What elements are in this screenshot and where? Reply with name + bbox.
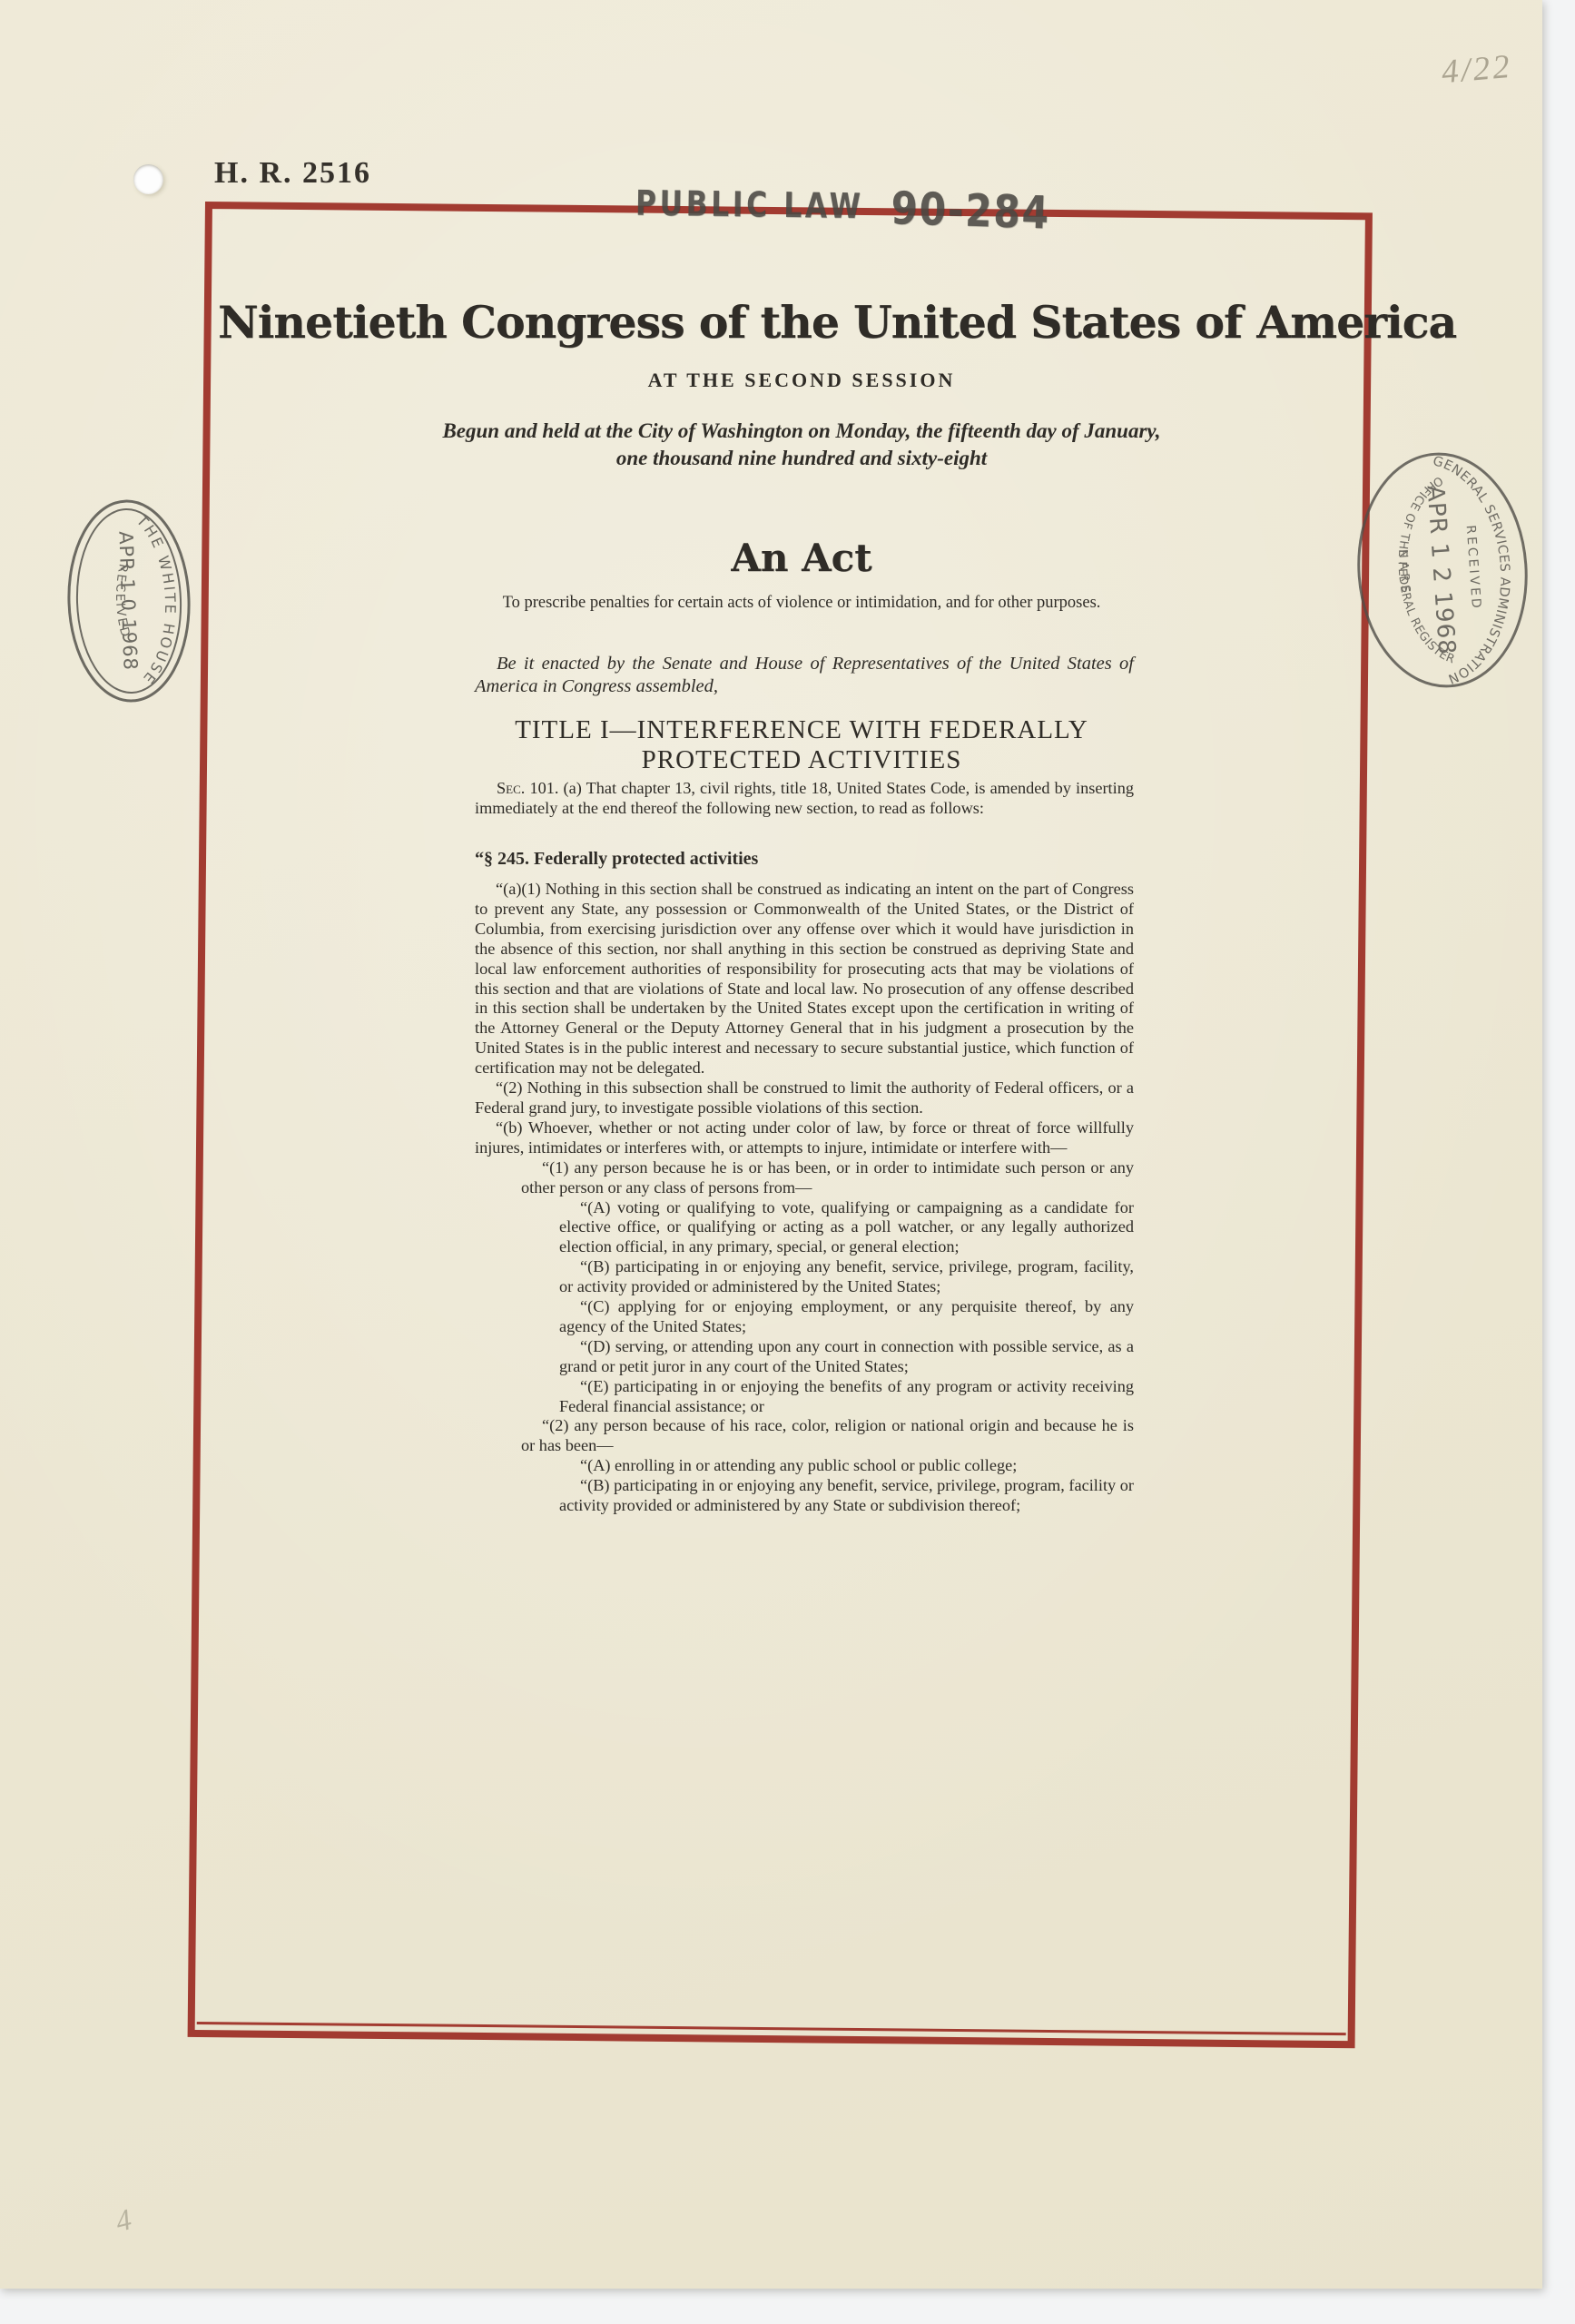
law-paragraph: “(C) applying for or enjoying employment…	[559, 1297, 1134, 1337]
law-paragraph: “(2) Nothing in this subsection shall be…	[475, 1078, 1134, 1118]
law-paragraph: “(b) Whoever, whether or not acting unde…	[475, 1118, 1134, 1158]
sec-101-paragraph: Sec. 101. (a) That chapter 13, civil rig…	[475, 779, 1134, 819]
gsa-received-stamp: GENERAL SERVICES ADMINISTRATION OFFICE O…	[1347, 445, 1538, 696]
wh-stamp-date: APR 1 0 1968	[114, 531, 141, 672]
sec-101-label: Sec.	[497, 779, 525, 797]
law-paragraph: “(B) participating in or enjoying any be…	[559, 1476, 1134, 1516]
law-paragraph: “(a)(1) Nothing in this section shall be…	[475, 880, 1134, 1078]
law-paragraph: “(A) enrolling in or attending any publi…	[559, 1456, 1134, 1476]
law-paragraph: “(E) participating in or enjoying the be…	[559, 1377, 1134, 1417]
public-law-stamp-number: 90-284	[890, 182, 1050, 240]
title-i-heading-line2: PROTECTED ACTIVITIES	[218, 745, 1385, 775]
law-paragraph: “(B) participating in or enjoying any be…	[559, 1257, 1134, 1297]
congress-title: Ninetieth Congress of the United States …	[218, 296, 1385, 349]
white-house-received-stamp: THE WHITE HOUSE RECEIVED APR 1 0 1968	[62, 496, 196, 707]
law-paragraph: “(D) serving, or attending upon any cour…	[559, 1337, 1134, 1377]
law-paragraph: “(1) any person because he is or has bee…	[521, 1158, 1134, 1198]
gsa-stamp-org: NARS	[1395, 549, 1413, 597]
act-purpose: To prescribe penalties for certain acts …	[218, 592, 1385, 615]
law-paragraphs: “(a)(1) Nothing in this section shall be…	[475, 880, 1134, 1516]
convening-line-1: Begun and held at the City of Washington…	[218, 418, 1385, 445]
punch-hole	[133, 164, 163, 194]
title-i-heading-line1: TITLE I—INTERFERENCE WITH FEDERALLY	[218, 715, 1385, 745]
gsa-stamp-received: RECEIVED	[1463, 525, 1484, 611]
enacting-clause: Be it enacted by the Senate and House of…	[475, 653, 1134, 698]
handwritten-note: 4/22	[1440, 47, 1513, 93]
sec-101-text: 101. (a) That chapter 13, civil rights, …	[475, 779, 1134, 817]
law-paragraph: “(A) voting or qualifying to vote, quali…	[559, 1198, 1134, 1258]
convening-lines: Begun and held at the City of Washington…	[218, 418, 1385, 472]
session-line: AT THE SECOND SESSION	[218, 369, 1385, 392]
public-law-stamp: PUBLIC LAW 90-284	[635, 177, 1068, 233]
act-heading: An Act	[218, 536, 1385, 580]
law-paragraph: “(2) any person because of his race, col…	[521, 1416, 1134, 1456]
title-i-heading: TITLE I—INTERFERENCE WITH FEDERALLY PROT…	[218, 715, 1385, 775]
bill-number: H. R. 2516	[214, 156, 371, 191]
frame-inner-rule	[197, 2022, 1346, 2035]
convening-line-2: one thousand nine hundred and sixty-eigh…	[218, 445, 1385, 472]
section-245-heading: “§ 245. Federally protected activities	[475, 850, 1134, 870]
public-law-stamp-text: PUBLIC LAW	[635, 183, 864, 227]
